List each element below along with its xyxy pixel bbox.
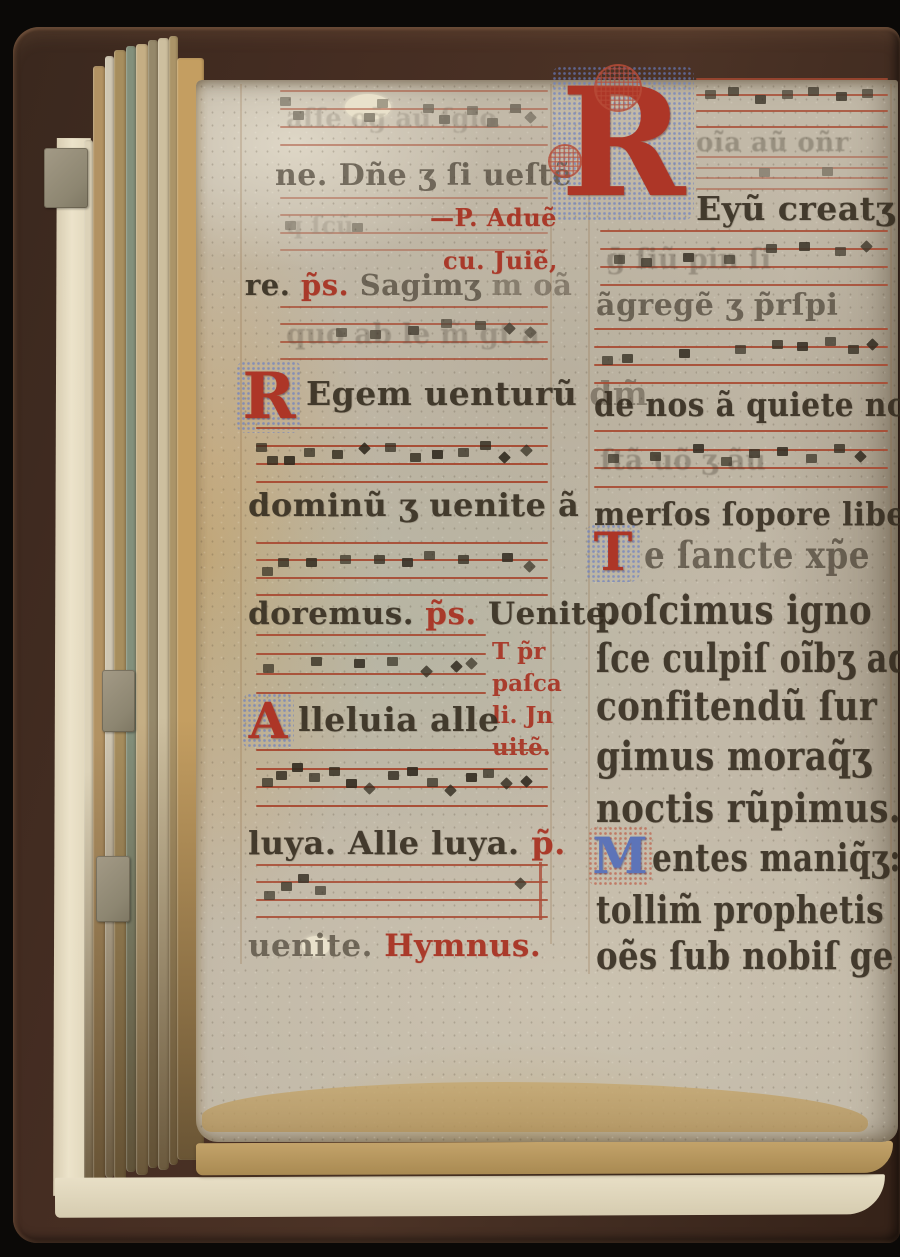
neume-note bbox=[450, 660, 463, 673]
text-line: de nos ã quiete noct̃ bbox=[594, 388, 900, 423]
staff-line bbox=[600, 284, 888, 286]
staff-line bbox=[256, 481, 548, 483]
neume-note bbox=[808, 87, 819, 96]
parchment-index-tab bbox=[96, 856, 130, 922]
staff-line bbox=[256, 542, 548, 544]
neume-note bbox=[622, 354, 633, 363]
gothic-text: Egem uenturũ bbox=[306, 374, 577, 413]
staff-line bbox=[256, 427, 548, 429]
rubric-text: p̃s. bbox=[301, 268, 349, 302]
gothic-text: poſcimus igno bbox=[596, 587, 872, 634]
gothic-text: m oã bbox=[481, 268, 573, 302]
music-stave: quo ab le m̃ gt a bbox=[280, 306, 548, 360]
show-through-text: aſſe oḡ au ſglo bbox=[286, 104, 497, 134]
music-stave bbox=[256, 749, 548, 807]
gothic-text: dominũ ʒ uenite ã bbox=[248, 486, 579, 524]
text-line: ne. Dñe ʒ ſi ueſtẽ bbox=[275, 160, 572, 192]
staff-line bbox=[594, 430, 888, 432]
staff-line bbox=[256, 692, 486, 694]
neume-note bbox=[387, 657, 398, 666]
neume-note bbox=[284, 456, 295, 465]
neume-note bbox=[465, 657, 478, 670]
staff-line bbox=[280, 358, 548, 360]
text-line: doremus. p̃s. Uenite. bbox=[248, 598, 617, 631]
rubric-margin-line: paſca bbox=[492, 668, 562, 700]
neume-note bbox=[782, 90, 793, 99]
neume-note bbox=[777, 447, 788, 456]
neume-note bbox=[363, 782, 376, 795]
text-line: poſcimus igno bbox=[596, 590, 872, 632]
staff-line bbox=[594, 328, 888, 330]
stave-barline bbox=[539, 862, 542, 920]
text-line: Eyũ creatʒ oḡ bbox=[696, 192, 900, 227]
neume-note bbox=[352, 223, 363, 232]
gothic-text: oẽs ſub nobiſ ge bbox=[596, 933, 894, 978]
page-content: aſſe oḡ au ſglone. Dñe ʒ ſi ueſtẽq ſcũ—P… bbox=[196, 80, 898, 1142]
neume-note bbox=[836, 92, 847, 101]
neume-note bbox=[354, 659, 365, 668]
neume-note bbox=[799, 242, 810, 251]
staff-line bbox=[256, 916, 548, 918]
staff-line bbox=[256, 445, 548, 447]
music-stave bbox=[696, 78, 888, 128]
rubric-margin-note: T p̃rpaſcali. Jnuitẽ. bbox=[492, 636, 562, 764]
staff-line bbox=[256, 653, 486, 655]
staff-line bbox=[696, 110, 888, 112]
rubric-text: Hymnus. bbox=[384, 928, 541, 964]
parchment-index-tab bbox=[102, 670, 135, 732]
neume-note bbox=[514, 877, 527, 890]
music-stave bbox=[256, 864, 548, 918]
neume-note bbox=[410, 453, 421, 462]
neume-note bbox=[263, 664, 274, 673]
text-line: re. p̃s. Sagimʒ m oã bbox=[245, 270, 572, 300]
neume-note bbox=[276, 771, 287, 780]
staff-line bbox=[256, 577, 548, 579]
neume-note bbox=[705, 90, 716, 99]
gothic-text: Sagimʒ bbox=[349, 268, 481, 302]
gothic-text: ãgregẽ ʒ p̃rſpi bbox=[596, 288, 838, 323]
rubric-text: p̃s. bbox=[425, 596, 476, 632]
neume-note bbox=[427, 778, 438, 787]
text-line: ãgregẽ ʒ p̃rſpi bbox=[596, 290, 838, 322]
neume-note bbox=[374, 555, 385, 564]
staff-line bbox=[280, 306, 548, 308]
staff-line bbox=[256, 899, 548, 901]
gothic-text: ſce culpiſ oĩbʒ ad bbox=[596, 635, 900, 682]
music-stave bbox=[256, 634, 486, 694]
decorated-initial: R bbox=[240, 363, 298, 431]
gothic-text: e ſancte xp̃e bbox=[644, 533, 870, 577]
text-line: luya. Alle luya. p̃. bbox=[248, 827, 566, 861]
crosshatch-ball-ornament bbox=[548, 144, 582, 178]
neume-note bbox=[340, 555, 351, 564]
neume-note bbox=[759, 168, 770, 177]
text-line: entes maniq̃ʒ: bbox=[652, 838, 900, 878]
staff-line bbox=[696, 177, 888, 179]
neume-note bbox=[332, 450, 343, 459]
gothic-text: confitendũ ſur bbox=[596, 683, 877, 730]
gothic-text: lleluia alle bbox=[298, 700, 499, 739]
text-line: confitendũ ſur bbox=[596, 686, 877, 728]
staff-line bbox=[696, 78, 888, 80]
neume-note bbox=[466, 773, 477, 782]
staff-line bbox=[256, 749, 548, 751]
music-stave bbox=[594, 328, 888, 384]
music-stave bbox=[256, 542, 548, 596]
neume-note bbox=[329, 767, 340, 776]
show-through-text: q ſcũ bbox=[286, 211, 354, 240]
text-line: noctis rũpimus. bbox=[596, 788, 900, 830]
gothic-text: tollim̃ prophetis bbox=[596, 887, 884, 932]
gothic-text: uenite. bbox=[248, 928, 384, 964]
tan-stain-band bbox=[202, 1082, 868, 1132]
staff-line bbox=[594, 382, 888, 384]
neume-note bbox=[866, 338, 879, 351]
neume-note bbox=[388, 771, 399, 780]
text-line: e ſancte xp̃e bbox=[644, 536, 870, 575]
neume-note bbox=[281, 882, 292, 891]
text-line: oẽs ſub nobiſ ge bbox=[596, 936, 894, 976]
ruling-line bbox=[240, 84, 242, 964]
neume-note bbox=[424, 551, 435, 560]
staff-line bbox=[280, 90, 548, 92]
decorated-initial: M bbox=[592, 828, 648, 884]
rubric-text: —P. Aduẽ bbox=[430, 203, 557, 232]
music-stave bbox=[696, 156, 888, 190]
gothic-text: entes maniq̃ʒ: bbox=[652, 835, 900, 880]
crosshatch-ball-ornament bbox=[594, 64, 642, 112]
neume-note bbox=[679, 349, 690, 358]
neume-note bbox=[315, 886, 326, 895]
neume-note bbox=[407, 767, 418, 776]
gothic-text: ne. Dñe ʒ ſi ueſtẽ bbox=[275, 158, 572, 193]
neume-note bbox=[385, 443, 396, 452]
neume-note bbox=[797, 342, 808, 351]
show-through-text: ḡ ſiũ pin ſi bbox=[606, 243, 771, 276]
neume-note bbox=[835, 247, 846, 256]
rubric-margin-line: T p̃r bbox=[492, 636, 562, 668]
neume-note bbox=[854, 450, 867, 463]
neume-note bbox=[458, 555, 469, 564]
show-through-text: ſtã uõ ʒ ãu bbox=[600, 444, 766, 477]
neume-note bbox=[304, 448, 315, 457]
text-line: ſce culpiſ oĩbʒ ad bbox=[596, 638, 900, 680]
manuscript-photograph: aſſe oḡ au ſglone. Dñe ʒ ſi ueſtẽq ſcũ—P… bbox=[0, 0, 900, 1257]
text-line: dominũ ʒ uenite ã bbox=[248, 489, 579, 523]
music-stave: aſſe oḡ au ſglo bbox=[280, 90, 548, 146]
show-through-text: quo ab le m̃ gt a bbox=[286, 318, 540, 351]
neume-note bbox=[822, 167, 833, 176]
neume-note bbox=[848, 345, 859, 354]
rubric-text: p̃. bbox=[531, 824, 566, 862]
rubric-margin-line: li. Jn bbox=[492, 700, 562, 732]
neume-note bbox=[523, 560, 536, 573]
text-line: tollim̃ prophetis bbox=[596, 890, 884, 930]
neume-note bbox=[735, 345, 746, 354]
neume-note bbox=[834, 444, 845, 453]
gothic-text: merſos ſopore liberi. bbox=[594, 495, 900, 533]
gothic-text: doremus. bbox=[248, 596, 425, 632]
staff-line bbox=[696, 156, 888, 158]
neume-note bbox=[402, 558, 413, 567]
staff-line bbox=[280, 197, 548, 199]
neume-note bbox=[458, 448, 469, 457]
staff-line bbox=[256, 673, 486, 675]
gothic-text: oĩa aũ oñr bbox=[696, 128, 849, 158]
gothic-text: re. bbox=[245, 268, 301, 302]
neume-note bbox=[862, 89, 873, 98]
neume-note bbox=[420, 665, 433, 678]
neume-note bbox=[264, 891, 275, 900]
neume-note bbox=[292, 763, 303, 772]
neume-note bbox=[267, 456, 278, 465]
neume-note bbox=[602, 356, 613, 365]
neume-note bbox=[772, 340, 783, 349]
staff-line bbox=[280, 144, 548, 146]
neume-note bbox=[728, 87, 739, 96]
neume-note bbox=[262, 778, 273, 787]
gothic-text: noctis rũpimus. bbox=[596, 785, 900, 832]
parchment-page: aſſe oḡ au ſglone. Dñe ʒ ſi ueſtẽq ſcũ—P… bbox=[196, 80, 898, 1142]
neume-note bbox=[256, 443, 267, 452]
neume-note bbox=[860, 240, 873, 253]
neume-note bbox=[262, 567, 273, 576]
neume-note bbox=[278, 558, 289, 567]
text-line: oĩa aũ oñr bbox=[696, 130, 849, 157]
text-line: lleluia alle bbox=[298, 703, 499, 738]
gothic-text: gimus moraq̃ʒ bbox=[596, 733, 871, 780]
neume-note bbox=[524, 111, 537, 124]
neume-note bbox=[306, 558, 317, 567]
staff-line bbox=[594, 364, 888, 366]
neume-note bbox=[309, 773, 320, 782]
neume-note bbox=[825, 337, 836, 346]
staff-line bbox=[256, 864, 548, 866]
neume-note bbox=[346, 779, 357, 788]
neume-note bbox=[298, 874, 309, 883]
staff-line bbox=[696, 167, 888, 169]
neume-note bbox=[480, 441, 491, 450]
neume-note bbox=[502, 553, 513, 562]
text-line: gimus moraq̃ʒ bbox=[596, 736, 871, 778]
staff-line bbox=[256, 634, 486, 636]
neume-note bbox=[483, 769, 494, 778]
text-line: uenite. Hymnus. bbox=[248, 930, 541, 963]
decorated-initial: A bbox=[246, 695, 290, 747]
decorated-initial: T bbox=[590, 526, 636, 580]
music-stave: ſtã uõ ʒ ãu bbox=[594, 430, 888, 488]
gothic-text: Eyũ creatʒ oḡ bbox=[696, 189, 900, 228]
staff-line bbox=[600, 230, 888, 232]
music-stave bbox=[256, 427, 548, 483]
staff-line bbox=[256, 805, 548, 807]
gothic-text: de nos ã quiete noct̃ bbox=[594, 385, 900, 424]
neume-note bbox=[806, 454, 817, 463]
neume-note bbox=[432, 450, 443, 459]
text-line: —P. Aduẽ bbox=[430, 205, 557, 230]
neume-note bbox=[755, 95, 766, 104]
neume-note bbox=[510, 104, 521, 113]
neume-note bbox=[498, 451, 511, 464]
text-line: merſos ſopore liberi. bbox=[594, 498, 900, 532]
music-stave: ḡ ſiũ pin ſi bbox=[600, 230, 888, 286]
staff-line bbox=[594, 486, 888, 488]
parchment-index-tab bbox=[44, 148, 88, 208]
neume-note bbox=[311, 657, 322, 666]
gothic-text: luya. Alle luya. bbox=[248, 824, 531, 862]
